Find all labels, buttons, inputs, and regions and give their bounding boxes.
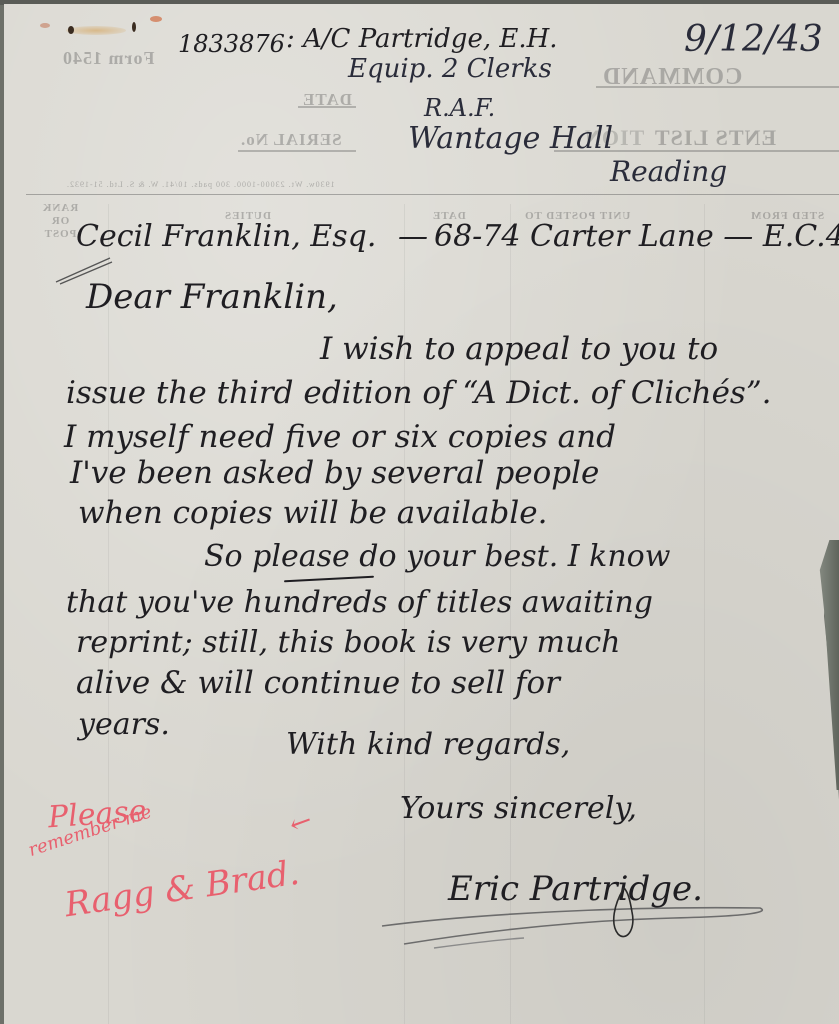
letter-page: Form 1540 DATE SERIAL No. COMMAND ENTS L… [4, 4, 839, 1024]
paper-stain [132, 22, 136, 32]
recipient-separator: — [398, 222, 428, 252]
body-line: I wish to appeal to you to [320, 334, 718, 365]
paper-stain [68, 26, 74, 34]
paper-stain [40, 23, 50, 28]
body-line: alive & will continue to sell for [76, 668, 560, 699]
body-line: I myself need five or six copies and [64, 422, 616, 453]
paper-stain [150, 16, 162, 22]
sign-off: Yours sincerely, [400, 794, 637, 824]
signature: Eric Partridge. [448, 872, 703, 906]
sender-rank-name: : A/C Partridge, E.H. [286, 26, 558, 52]
body-line: So please do your best. I know [204, 542, 670, 572]
form-serial-label: SERIAL No. [240, 130, 342, 150]
letter-date: 9/12/43 [684, 22, 823, 58]
closing: With kind regards, [286, 730, 570, 760]
sender-address-line2: Reading [610, 158, 727, 186]
paper-stain [66, 26, 126, 35]
body-line: reprint; still, this book is very much [76, 628, 620, 658]
annotation-arrow: ← [286, 807, 315, 839]
annotation-line: Ragg & Brad. [63, 856, 302, 923]
recipient-address: 68-74 Carter Lane — E.C.4 [434, 222, 839, 252]
form-header-rule [26, 194, 839, 195]
body-line: issue the third edition of “A Dict. of C… [66, 378, 772, 409]
body-line: that you've hundreds of titles awaiting [66, 588, 653, 618]
salutation: Dear Franklin, [86, 280, 338, 314]
sender-service-number: 1833876 [178, 32, 285, 56]
signature-loop [604, 884, 654, 944]
form-column-rule [704, 204, 705, 1024]
form-rule [298, 106, 356, 108]
form-rule [238, 150, 356, 152]
body-line: I've been asked by several people [70, 458, 599, 489]
please-underline [284, 576, 374, 583]
sender-service: R.A.F. [424, 96, 495, 120]
form-list-label: ENTS LIST [654, 125, 776, 151]
body-line: years. [78, 710, 170, 740]
form-printer-line: 1930w. Wt. 23000-1000. 300 pads. 10/41. … [66, 180, 335, 189]
form-rule [596, 86, 839, 88]
signature-flourish [374, 904, 774, 964]
body-line: when copies will be available. [78, 498, 547, 529]
sender-unit: Equip. 2 Clerks [348, 56, 552, 82]
recipient-name: Cecil Franklin, Esq. [76, 222, 376, 252]
form-number: Form 1540 [62, 48, 154, 69]
sender-address-line1: Wantage Hall [408, 124, 613, 154]
